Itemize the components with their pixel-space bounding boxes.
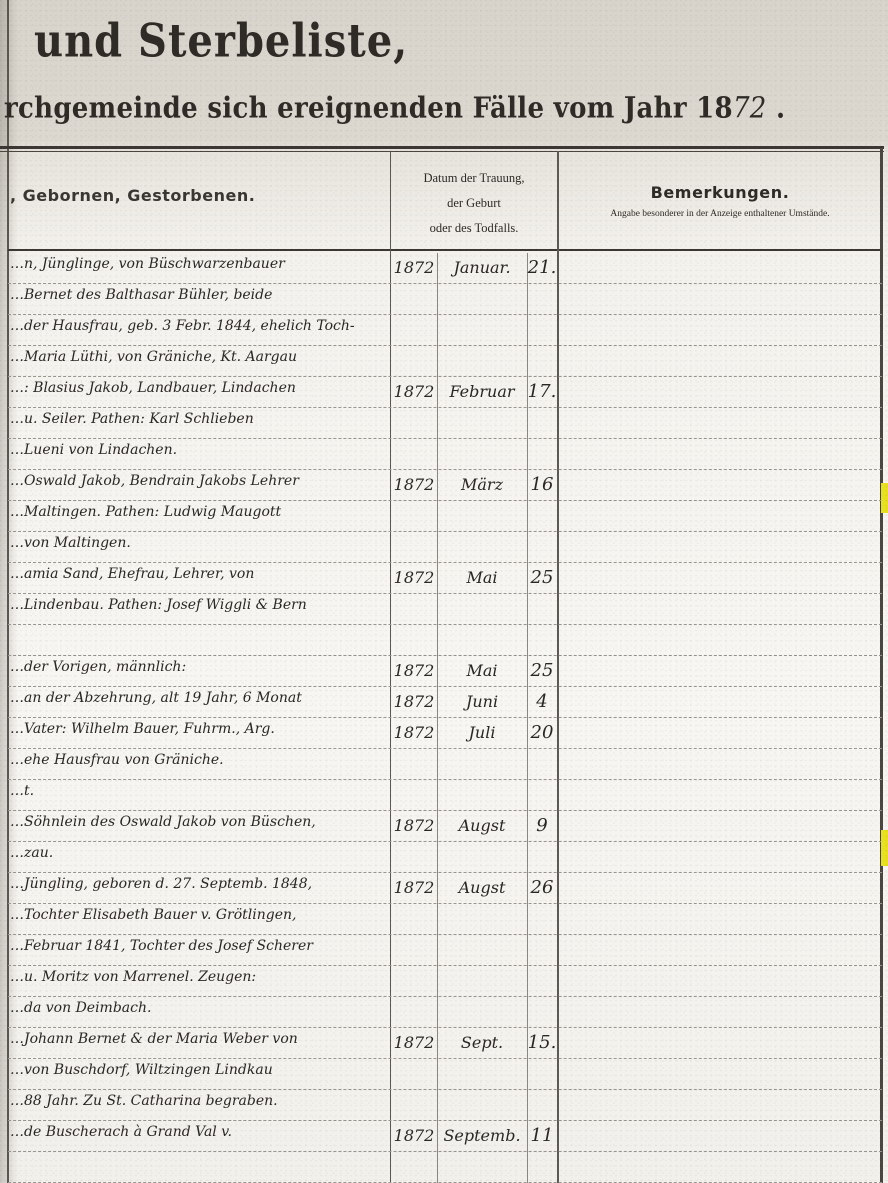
header-top-thin-rule (0, 151, 884, 152)
table-row: …u. Moritz von Marrenel. Zeugen: (8, 966, 882, 997)
entry-names-text: …von Buschdorf, Wiltzingen Lindkau (8, 1062, 388, 1090)
entry-remarks (560, 938, 880, 964)
entry-remarks (560, 628, 880, 654)
entry-remarks (560, 876, 880, 902)
entry-year: 1872 (391, 1033, 437, 1052)
register-page: und Sterbeliste, rchgemeinde sich ereign… (0, 0, 888, 1183)
entry-names-text: …an der Abzehrung, alt 19 Jahr, 6 Monat (8, 690, 388, 718)
entry-month: Januar. (438, 258, 526, 277)
entry-remarks (560, 380, 880, 406)
table-row: …Bernet des Balthasar Bühler, beide (8, 284, 882, 315)
entry-remarks (560, 659, 880, 685)
entry-names-text: …Johann Bernet & der Maria Weber von (8, 1031, 388, 1059)
entry-year: 1872 (391, 816, 437, 835)
entry-names-text: …Söhnlein des Oswald Jakob von Büschen, (8, 814, 388, 842)
entry-names-text: …der Hausfrau, geb. 3 Febr. 1844, ehelic… (8, 318, 388, 346)
entry-remarks (560, 597, 880, 623)
entry-day: 20 (527, 722, 557, 743)
highlight-mark (881, 830, 888, 866)
entry-month: Augst (438, 878, 526, 897)
entry-day: 15. (527, 1032, 557, 1053)
table-row: …Tochter Elisabeth Bauer v. Grötlingen, (8, 904, 882, 935)
entry-names-text: …zau. (8, 845, 388, 873)
dates-header-line-2: der Geburt (392, 191, 556, 216)
table-row: …ehe Hausfrau von Gräniche. (8, 749, 882, 780)
table-row: …von Maltingen. (8, 532, 882, 563)
entry-remarks (560, 1031, 880, 1057)
entry-names-text: …amia Sand, Ehefrau, Lehrer, von (8, 566, 388, 594)
table-row: …an der Abzehrung, alt 19 Jahr, 6 Monat1… (8, 687, 882, 718)
highlight-mark (881, 483, 888, 513)
entry-remarks (560, 721, 880, 747)
entry-year: 1872 (391, 723, 437, 742)
entry-names-text: …Maltingen. Pathen: Ludwig Maugott (8, 504, 388, 532)
header-bottom-rule (8, 249, 882, 251)
entry-remarks (560, 535, 880, 561)
table-row: …der Hausfrau, geb. 3 Febr. 1844, ehelic… (8, 315, 882, 346)
entry-remarks (560, 1000, 880, 1026)
entry-year: 1872 (391, 878, 437, 897)
entry-names-text: …Maria Lüthi, von Gräniche, Kt. Aargau (8, 349, 388, 377)
entry-year: 1872 (391, 568, 437, 587)
entry-remarks (560, 566, 880, 592)
entry-year: 1872 (391, 382, 437, 401)
entry-remarks (560, 1093, 880, 1119)
entry-names-text: …Oswald Jakob, Bendrain Jakobs Lehrer (8, 473, 388, 501)
entry-remarks (560, 411, 880, 437)
entry-day: 26 (527, 877, 557, 898)
header-top-rule (0, 146, 884, 149)
entry-remarks (560, 814, 880, 840)
page-subtitle: rchgemeinde sich ereignenden Fälle vom J… (4, 92, 785, 125)
entry-month: Septemb. (438, 1126, 526, 1145)
entry-day: 21. (527, 257, 557, 278)
table-row: …amia Sand, Ehefrau, Lehrer, von1872Mai2… (8, 563, 882, 594)
entry-names-text: …der Vorigen, männlich: (8, 659, 388, 687)
entry-month: März (438, 475, 526, 494)
entry-year: 1872 (391, 661, 437, 680)
table-row: …Söhnlein des Oswald Jakob von Büschen,1… (8, 811, 882, 842)
entry-remarks (560, 907, 880, 933)
table-row: …Lueni von Lindachen. (8, 439, 882, 470)
dates-column-header: Datum der Trauung, der Geburt oder des T… (392, 166, 556, 241)
handwritten-year: 72 (733, 92, 767, 125)
page-title: und Sterbeliste, (34, 14, 408, 68)
table-row: …Maria Lüthi, von Gräniche, Kt. Aargau (8, 346, 882, 377)
entry-names-text: …: Blasius Jakob, Landbauer, Lindachen (8, 380, 388, 408)
table-row: …Lindenbau. Pathen: Josef Wiggli & Bern (8, 594, 882, 625)
table-row: …n, Jünglinge, von Büschwarzenbauer1872J… (8, 253, 882, 284)
table-row: …Februar 1841, Tochter des Josef Scherer (8, 935, 882, 966)
entry-remarks (560, 1155, 880, 1181)
entry-year: 1872 (391, 258, 437, 277)
entry-remarks (560, 504, 880, 530)
entry-remarks (560, 349, 880, 375)
entry-names-text: …von Maltingen. (8, 535, 388, 563)
table-row: …: Blasius Jakob, Landbauer, Lindachen18… (8, 377, 882, 408)
entry-names-text: …Jüngling, geboren d. 27. Septemb. 1848, (8, 876, 388, 904)
entry-remarks (560, 845, 880, 871)
table-row: …88 Jahr. Zu St. Catharina begraben. (8, 1090, 882, 1121)
entry-day: 17. (527, 381, 557, 402)
entry-day: 16 (527, 474, 557, 495)
entry-month: Augst (438, 816, 526, 835)
entry-names-text: …da von Deimbach. (8, 1000, 388, 1028)
entry-month: Mai (438, 568, 526, 587)
entry-remarks (560, 783, 880, 809)
entry-remarks (560, 1124, 880, 1150)
remarks-column-header: Bemerkungen. (560, 183, 880, 202)
register-entries: …n, Jünglinge, von Büschwarzenbauer1872J… (8, 253, 882, 1183)
entry-names-text: …n, Jünglinge, von Büschwarzenbauer (8, 256, 388, 284)
subtitle-suffix: . (767, 92, 786, 125)
entry-month: Februar (438, 382, 526, 401)
entry-year: 1872 (391, 475, 437, 494)
entry-names-text: …88 Jahr. Zu St. Catharina begraben. (8, 1093, 388, 1121)
entry-names-text: …Tochter Elisabeth Bauer v. Grötlingen, (8, 907, 388, 935)
table-row (8, 625, 882, 656)
entry-year: 1872 (391, 692, 437, 711)
table-row: …der Vorigen, männlich:1872Mai25 (8, 656, 882, 687)
table-row: …zau. (8, 842, 882, 873)
table-row: …u. Seiler. Pathen: Karl Schlieben (8, 408, 882, 439)
names-column-header: , Gebornen, Gestorbenen. (10, 186, 388, 205)
entry-remarks (560, 442, 880, 468)
entry-remarks (560, 473, 880, 499)
entry-remarks (560, 969, 880, 995)
entry-remarks (560, 690, 880, 716)
table-row (8, 1152, 882, 1183)
entry-remarks (560, 1062, 880, 1088)
dates-header-line-1: Datum der Trauung, (392, 166, 556, 191)
entry-names-text (8, 1155, 388, 1183)
entry-names-text (8, 628, 388, 656)
entry-names-text: …Februar 1841, Tochter des Josef Scherer (8, 938, 388, 966)
entry-names-text: …ehe Hausfrau von Gräniche. (8, 752, 388, 780)
table-row: …Maltingen. Pathen: Ludwig Maugott (8, 501, 882, 532)
entry-remarks (560, 287, 880, 313)
table-row: …Vater: Wilhelm Bauer, Fuhrm., Arg.1872J… (8, 718, 882, 749)
entry-day: 25 (527, 567, 557, 588)
subtitle-text: rchgemeinde sich ereignenden Fälle vom J… (4, 92, 733, 125)
entry-names-text: …Lindenbau. Pathen: Josef Wiggli & Bern (8, 597, 388, 625)
entry-names-text: …Lueni von Lindachen. (8, 442, 388, 470)
entry-year: 1872 (391, 1126, 437, 1145)
entry-names-text: …Bernet des Balthasar Bühler, beide (8, 287, 388, 315)
entry-remarks (560, 318, 880, 344)
remarks-column-subheader: Angabe besonderer in der Anzeige enthalt… (560, 209, 880, 219)
entry-day: 9 (527, 815, 557, 836)
table-row: …de Buscherach à Grand Val v.1872Septemb… (8, 1121, 882, 1152)
entry-names-text: …u. Seiler. Pathen: Karl Schlieben (8, 411, 388, 439)
entry-names-text: …de Buscherach à Grand Val v. (8, 1124, 388, 1152)
entry-remarks (560, 256, 880, 282)
entry-month: Sept. (438, 1033, 526, 1052)
entry-names-text: …Vater: Wilhelm Bauer, Fuhrm., Arg. (8, 721, 388, 749)
entry-day: 4 (527, 691, 557, 712)
table-row: …t. (8, 780, 882, 811)
table-row: …von Buschdorf, Wiltzingen Lindkau (8, 1059, 882, 1090)
entry-names-text: …t. (8, 783, 388, 811)
table-row: …Johann Bernet & der Maria Weber von1872… (8, 1028, 882, 1059)
entry-day: 11 (527, 1125, 557, 1146)
entry-day: 25 (527, 660, 557, 681)
entry-month: Juli (438, 723, 526, 742)
table-row: …Oswald Jakob, Bendrain Jakobs Lehrer187… (8, 470, 882, 501)
table-row: …Jüngling, geboren d. 27. Septemb. 1848,… (8, 873, 882, 904)
table-row: …da von Deimbach. (8, 997, 882, 1028)
entry-month: Juni (438, 692, 526, 711)
entry-month: Mai (438, 661, 526, 680)
entry-names-text: …u. Moritz von Marrenel. Zeugen: (8, 969, 388, 997)
dates-header-line-3: oder des Todfalls. (392, 216, 556, 241)
entry-remarks (560, 752, 880, 778)
